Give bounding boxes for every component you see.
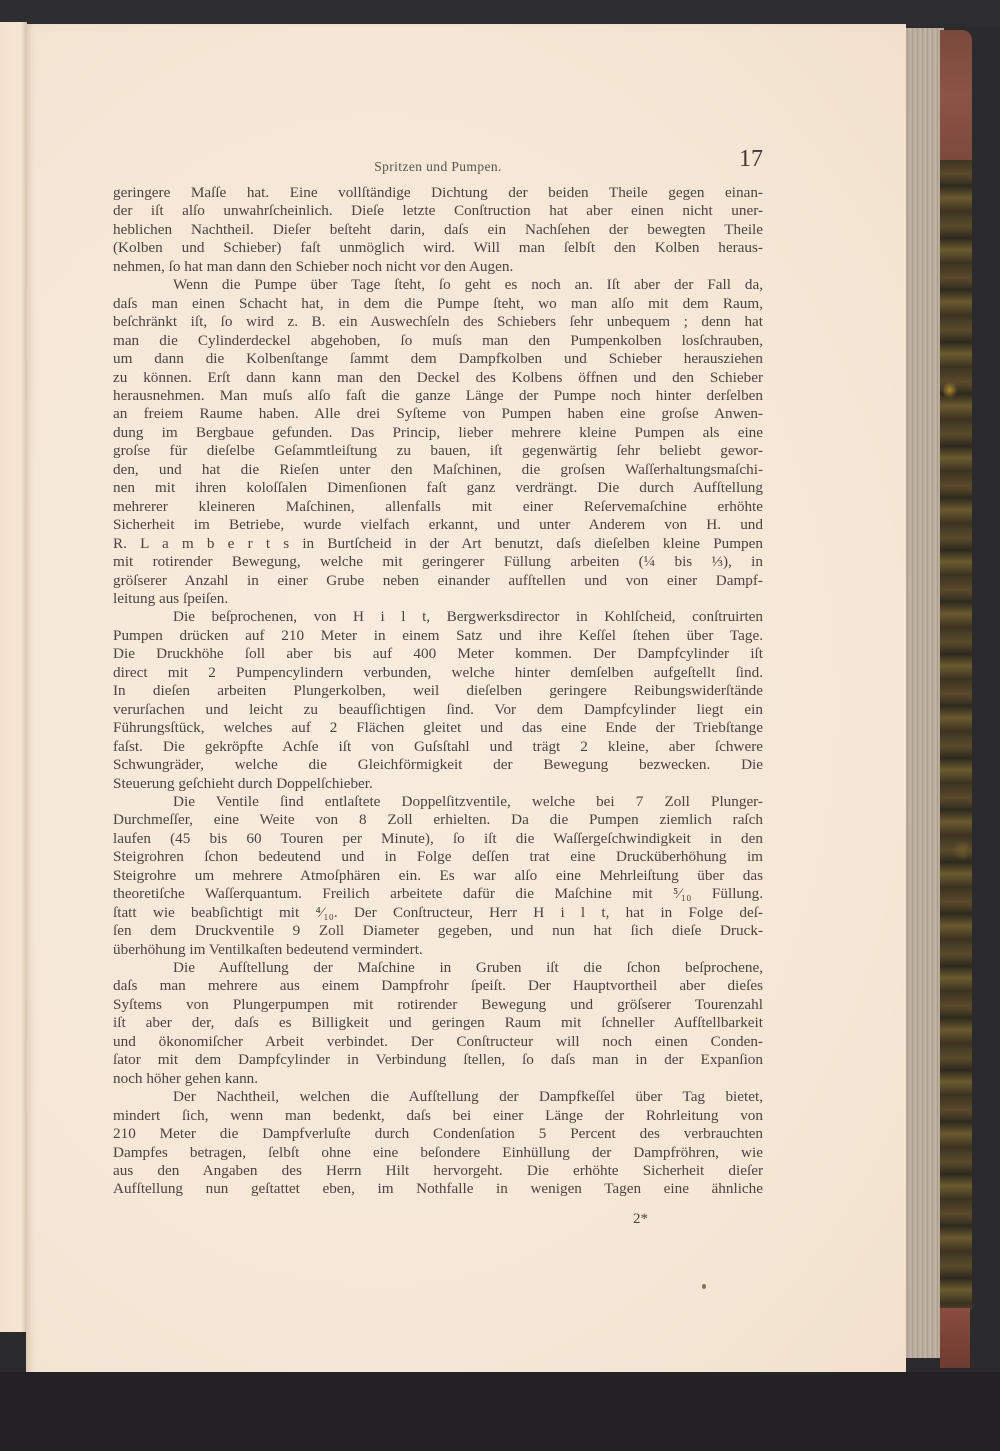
text-line: theoretiſche Waſſerquantum. Freilich arb…	[113, 885, 763, 903]
paragraph: Wenn die Pumpe über Tage ſteht, ſo geht …	[113, 276, 763, 608]
text-line: geringere Maſſe hat. Eine vollſtändige D…	[113, 184, 763, 202]
text-line: ſen dem Druckventile 9 Zoll Diameter geg…	[113, 922, 763, 940]
scan-background-bottom	[0, 1372, 1000, 1451]
text-line: Der Nachtheil, welchen die Aufſtellung d…	[113, 1088, 763, 1106]
text-line: verurſachen und leicht zu beaufſichtigen…	[113, 701, 763, 719]
text-line: laufen (45 bis 60 Touren per Minute), ſo…	[113, 830, 763, 848]
paragraph: Die beſprochenen, von H i l t, Bergwerks…	[113, 608, 763, 793]
text-line: aus den Angaben des Herrn Hilt hervorgeh…	[113, 1162, 763, 1180]
text-line: gröſserer Anzahl in einer Grube neben ei…	[113, 572, 763, 590]
book-fore-edge	[903, 28, 944, 1358]
text-line: man die Cylinderdeckel abgehoben, ſo muſ…	[113, 332, 763, 350]
body-text: geringere Maſſe hat. Eine vollſtändige D…	[113, 184, 763, 1199]
text-line: Führungsſtück, welches auf 2 Flächen gle…	[113, 719, 763, 737]
running-title: Spritzen und Pumpen.	[113, 158, 763, 176]
text-line: mindert ſich, wenn man bedenkt, daſs bei…	[113, 1107, 763, 1125]
text-line: zu können. Erſt dann kann man den Deckel…	[113, 369, 763, 387]
text-line: Dampfes betragen, ſelbſt ohne eine beſon…	[113, 1144, 763, 1162]
paragraph: Der Nachtheil, welchen die Aufſtellung d…	[113, 1088, 763, 1199]
book-cover-leather-bottom	[940, 1308, 970, 1368]
text-line: der iſt alſo unwahrſcheinlich. Dieſe let…	[113, 202, 763, 220]
text-line: nehmen, ſo hat man dann den Schieber noc…	[113, 258, 763, 276]
text-line: 210 Meter die Dampfverluſte durch Conden…	[113, 1125, 763, 1143]
paragraph: Die Aufſtellung der Maſchine in Gruben i…	[113, 959, 763, 1088]
text-line: heblichen Nachtheil. Dieſer beſteht dari…	[113, 221, 763, 239]
text-line: Steigrohren ſchon bedeutend und in Folge…	[113, 848, 763, 866]
text-line: Pumpen drücken auf 210 Meter in einem Sa…	[113, 627, 763, 645]
text-line: Aufſtellung nun geſtattet eben, im Nothf…	[113, 1180, 763, 1198]
text-line: mit rotirender Bewegung, welche mit geri…	[113, 553, 763, 571]
text-line: faſst. Die gekröpfte Achſe iſt von Guſsſ…	[113, 738, 763, 756]
text-line: leitung aus ſpeiſen.	[113, 590, 763, 608]
text-line: (Kolben und Schieber) faſt unmöglich wir…	[113, 239, 763, 257]
page-header: Spritzen und Pumpen. 17	[113, 150, 763, 180]
text-line: um dann die Kolbenſtange ſammt dem Dampf…	[113, 350, 763, 368]
text-line: nen mit ihren koloſſalen Dimenſionen faſ…	[113, 479, 763, 497]
text-line: Durchmeſſer, eine Weite von 8 Zoll erhie…	[113, 811, 763, 829]
text-line: Sicherheit im Betriebe, wurde vielfach e…	[113, 516, 763, 534]
signature-mark: 2*	[633, 1211, 648, 1228]
text-line: Die Aufſtellung der Maſchine in Gruben i…	[113, 959, 763, 977]
text-line: ſtatt wie beabſichtigt mit ⁴⁄₁₀. Der Con…	[113, 904, 763, 922]
page-number: 17	[739, 150, 763, 168]
page-content: Spritzen und Pumpen. 17 geringere Maſſe …	[113, 150, 763, 1199]
scan-background-top	[0, 0, 1000, 26]
book-cover-leather-corner	[940, 30, 972, 160]
text-line: mehrerer kleineren Maſchinen, allenfalls…	[113, 498, 763, 516]
text-line: Schwungräder, welche die Gleichförmigkei…	[113, 756, 763, 774]
text-line: an freiem Raume haben. Alle drei Syſteme…	[113, 405, 763, 423]
text-line: groſse für dieſelbe Geſammtleiſtung zu b…	[113, 442, 763, 460]
text-line: Die Druckhöhe ſoll aber bis auf 400 Mete…	[113, 645, 763, 663]
text-line: Syſtems von Plungerpumpen mit rotirender…	[113, 996, 763, 1014]
paper-blemish	[702, 1284, 706, 1289]
text-line: iſt aber der, daſs es Billigkeit und ger…	[113, 1014, 763, 1032]
text-line: Steigrohre um mehrere Atmoſphären ein. E…	[113, 867, 763, 885]
text-line: herausnehmen. Man muſs alſo faſt die gan…	[113, 387, 763, 405]
text-line: R. L a m b e r t s in Burtſcheid in der …	[113, 535, 763, 553]
text-line: Wenn die Pumpe über Tage ſteht, ſo geht …	[113, 276, 763, 294]
facing-page-edge	[0, 22, 27, 1332]
text-line: direct mit 2 Pumpencylindern verbunden, …	[113, 664, 763, 682]
text-line: Die Ventile ſind entlaſtete Doppelſitzve…	[113, 793, 763, 811]
text-line: Die beſprochenen, von H i l t, Bergwerks…	[113, 608, 763, 626]
text-line: In dieſen arbeiten Plungerkolben, weil d…	[113, 682, 763, 700]
text-line: daſs man einen Schacht hat, in dem die P…	[113, 295, 763, 313]
paragraph: geringere Maſſe hat. Eine vollſtändige D…	[113, 184, 763, 276]
text-line: überhöhung im Ventilkaſten bedeutend ver…	[113, 941, 763, 959]
text-line: daſs man mehrere aus einem Dampfrohr ſpe…	[113, 977, 763, 995]
text-line: und ökonomiſcher Arbeit verbindet. Der C…	[113, 1033, 763, 1051]
text-line: den, und hat die Rieſen unter den Maſchi…	[113, 461, 763, 479]
text-line: beſchränkt iſt, ſo wird z. B. ein Auswec…	[113, 313, 763, 331]
text-line: ſator mit dem Dampfcylinder in Verbindun…	[113, 1051, 763, 1069]
paragraph: Die Ventile ſind entlaſtete Doppelſitzve…	[113, 793, 763, 959]
book-cover-marbled-board	[940, 160, 972, 1310]
text-line: Steuerung geſchieht durch Doppelſchieber…	[113, 775, 763, 793]
text-line: dung im Bergbaue gefunden. Das Princip, …	[113, 424, 763, 442]
text-line: noch höher gehen kann.	[113, 1070, 763, 1088]
